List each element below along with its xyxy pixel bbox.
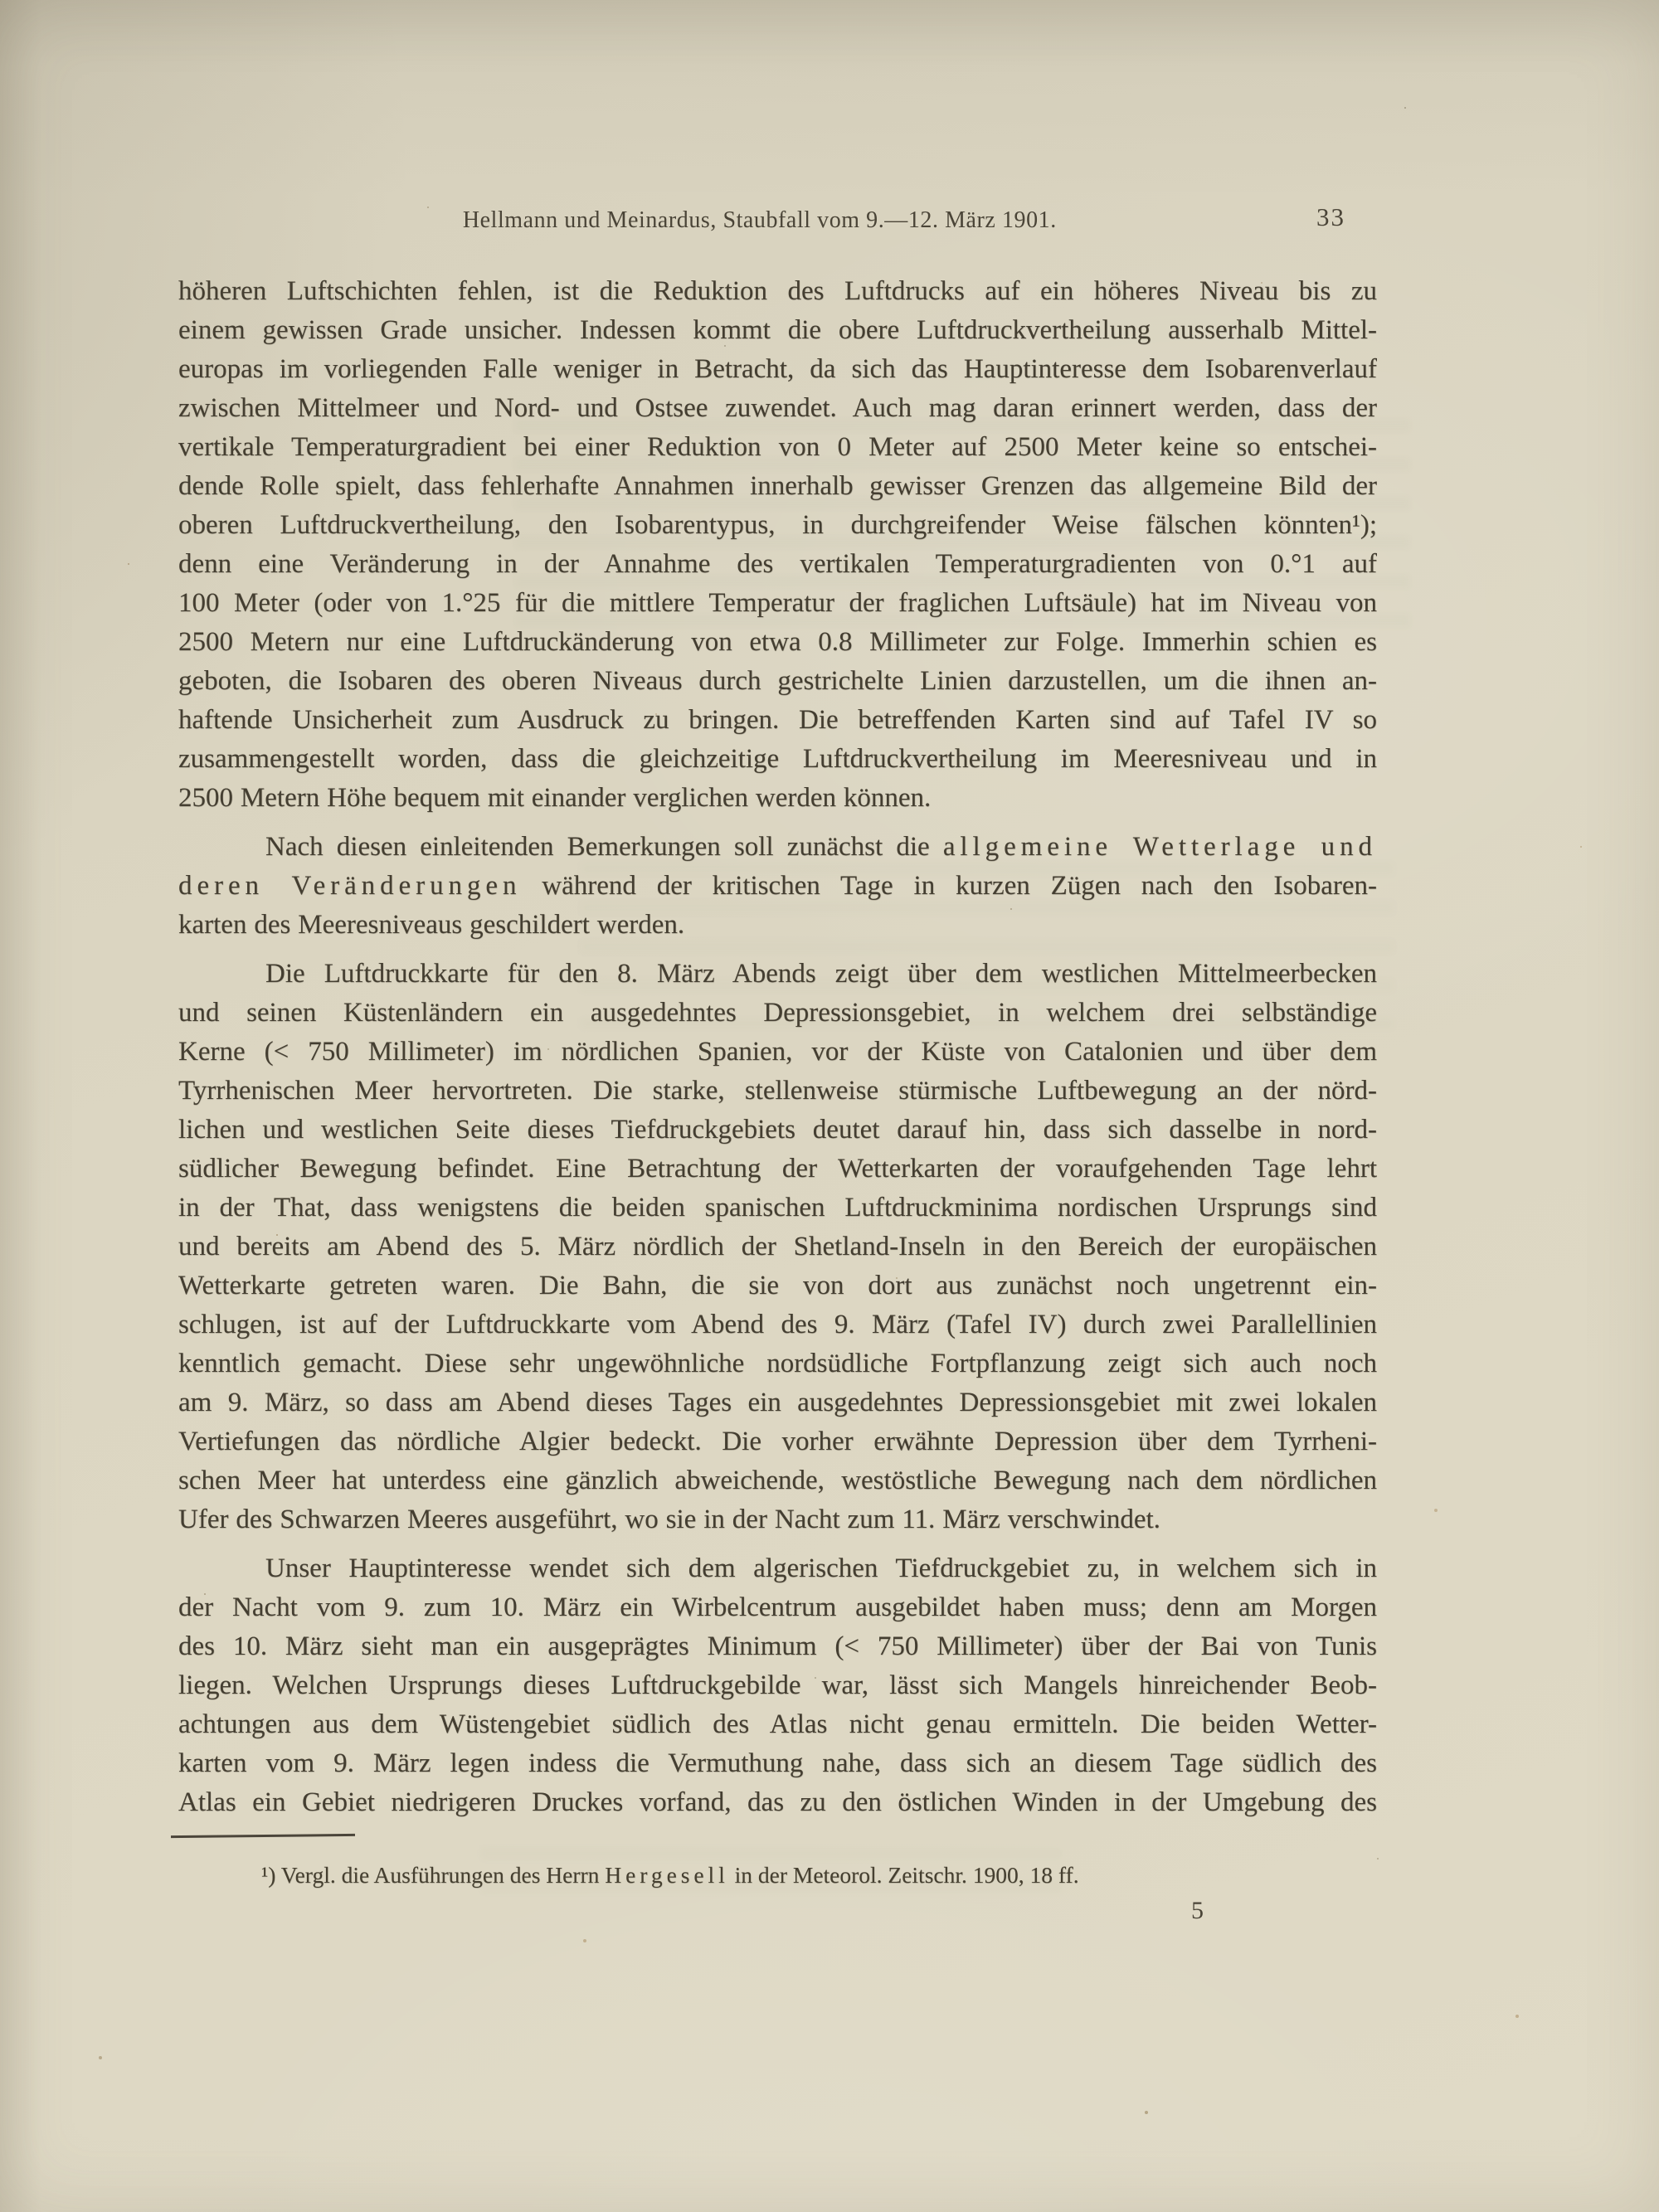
- text-line: am 9. März, so dass am Abend dieses Tage…: [178, 1383, 1377, 1422]
- text-line: europas im vorliegenden Falle weniger in…: [178, 350, 1377, 389]
- paragraph: Nach diesen einleitenden Bemerkungen sol…: [178, 828, 1377, 945]
- text-line: 100 Meter (oder von 1.°25 für die mittle…: [178, 584, 1377, 623]
- footnote: ¹) Vergl. die Ausführungen des Herrn Her…: [178, 1859, 1377, 1892]
- text-line: Nach diesen einleitenden Bemerkungen sol…: [178, 828, 1377, 867]
- text-line: Die Luftdruckkarte für den 8. März Abend…: [178, 955, 1377, 994]
- text-line: deren Veränderungen während der kritisch…: [178, 867, 1377, 906]
- text-line: Vertiefungen das nördliche Algier bedeck…: [178, 1422, 1377, 1461]
- paper-speck-texture: [0, 0, 2, 2]
- text-line: höheren Luftschichten fehlen, ist die Re…: [178, 272, 1377, 311]
- text-line: einem gewissen Grade unsicher. Indessen …: [178, 311, 1377, 350]
- text-segment: während der kritischen Tage in kurzen Zü…: [521, 871, 1377, 901]
- text-line: Unser Hauptinteresse wendet sich dem alg…: [178, 1549, 1377, 1588]
- letterspaced-text: deren Veränderungen: [178, 871, 521, 901]
- text-segment: Nach diesen einleitenden Bemerkungen sol…: [265, 832, 943, 862]
- text-line: kenntlich gemacht. Diese sehr ungewöhnli…: [178, 1344, 1377, 1383]
- text-line: der Nacht vom 9. zum 10. März ein Wirbel…: [178, 1588, 1377, 1627]
- letterspaced-text: allgemeine Wetterlage und: [943, 832, 1377, 862]
- text-line: Ufer des Schwarzen Meeres ausgeführt, wo…: [178, 1500, 1377, 1539]
- text-line: und seinen Küstenländern ein ausgedehnte…: [178, 994, 1377, 1033]
- text-line: oberen Luftdruckvertheilung, den Isobare…: [178, 506, 1377, 545]
- text-line: vertikale Temperaturgradient bei einer R…: [178, 428, 1377, 467]
- text-line: in der That, dass wenigstens die beiden …: [178, 1189, 1377, 1228]
- text-line: Atlas ein Gebiet niedrigeren Druckes vor…: [178, 1783, 1377, 1822]
- text-line: lichen und westlichen Seite dieses Tiefd…: [178, 1111, 1377, 1150]
- text-line: geboten, die Isobaren des oberen Niveaus…: [178, 662, 1377, 701]
- text-segment: ¹) Vergl. die Ausführungen des Herrn: [261, 1862, 605, 1888]
- text-line: achtungen aus dem Wüstengebiet südlich d…: [178, 1705, 1377, 1744]
- text-line: dende Rolle spielt, dass fehlerhafte Ann…: [178, 467, 1377, 506]
- text-line: haftende Unsicherheit zum Ausdruck zu br…: [178, 701, 1377, 740]
- text-line: zwischen Mittelmeer und Nord- und Ostsee…: [178, 389, 1377, 428]
- text-line: und bereits am Abend des 5. März nördlic…: [178, 1228, 1377, 1266]
- paragraph: Unser Hauptinteresse wendet sich dem alg…: [178, 1549, 1377, 1822]
- text-line: Wetterkarte getreten waren. Die Bahn, di…: [178, 1266, 1377, 1305]
- text-line: karten des Meeresniveaus geschildert wer…: [178, 906, 1377, 945]
- text-line: Kerne (< 750 Millimeter) im nördlichen S…: [178, 1033, 1377, 1072]
- text-line: karten vom 9. März legen indess die Verm…: [178, 1744, 1377, 1783]
- text-line: 2500 Metern nur eine Luftdruckänderung v…: [178, 623, 1377, 662]
- text-segment: in der Meteorol. Zeitschr. 1900, 18 ff.: [729, 1862, 1079, 1888]
- page-header: Hellmann und Meinardus, Staubfall vom 9.…: [178, 202, 1377, 241]
- text-line: liegen. Welchen Ursprungs dieses Luftdru…: [178, 1666, 1377, 1705]
- text-line: schen Meer hat unterdess eine gänzlich a…: [178, 1461, 1377, 1500]
- footnote-separator-rule: [171, 1834, 355, 1838]
- text-line: zusammengestellt worden, dass die gleich…: [178, 740, 1377, 779]
- text-line: des 10. März sieht man ein ausgeprägtes …: [178, 1627, 1377, 1666]
- running-title: Hellmann und Meinardus, Staubfall vom 9.…: [463, 207, 1057, 234]
- body-text: höheren Luftschichten fehlen, ist die Re…: [178, 272, 1377, 1832]
- text-line: schlugen, ist auf der Luftdruckkarte vom…: [178, 1305, 1377, 1344]
- sheet-signature-mark: 5: [1191, 1897, 1204, 1925]
- scanned-page: Hellmann und Meinardus, Staubfall vom 9.…: [0, 0, 1659, 2212]
- letterspaced-text: Hergesell: [605, 1862, 728, 1888]
- text-line: südlicher Bewegung befindet. Eine Betrac…: [178, 1150, 1377, 1189]
- paragraph: Die Luftdruckkarte für den 8. März Abend…: [178, 955, 1377, 1539]
- text-line: 2500 Metern Höhe bequem mit einander ver…: [178, 779, 1377, 818]
- text-line: denn eine Veränderung in der Annahme des…: [178, 545, 1377, 584]
- page-number: 33: [1316, 202, 1345, 232]
- text-line: Tyrrhenischen Meer hervortreten. Die sta…: [178, 1072, 1377, 1111]
- paragraph: höheren Luftschichten fehlen, ist die Re…: [178, 272, 1377, 818]
